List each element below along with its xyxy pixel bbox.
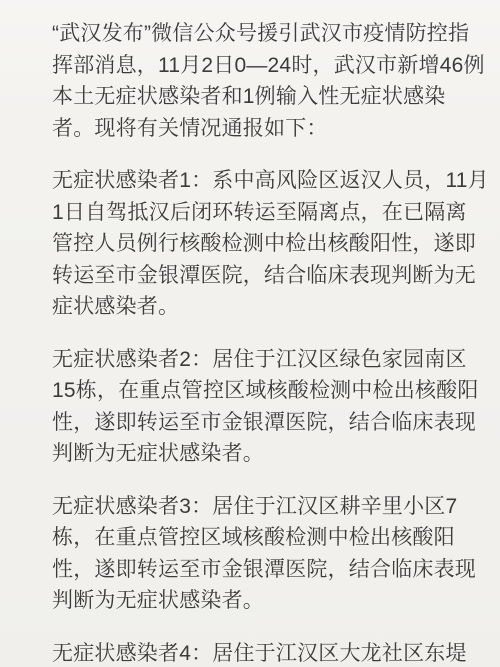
text-line: 者。现将有关情况通报如下： <box>52 113 464 145</box>
paragraph-case-4: 无症状感染者4：居住于江汉区大龙社区东堤 <box>52 638 464 667</box>
text-line: 无症状感染者1：系中高风险区返汉人员，11月 <box>52 165 464 197</box>
text-line: 性，遂即转运至市金银潭医院，结合临床表现 <box>52 554 464 586</box>
text-line: 栋，在重点管控区域核酸检测中检出核酸阳 <box>52 522 464 554</box>
text-line: 转运至市金银潭医院，结合临床表现判断为无 <box>52 260 464 292</box>
paragraph-intro: “武汉发布”微信公众号援引武汉市疫情防控指 挥部消息，11月2日0—24时，武汉… <box>52 18 464 144</box>
text-line: 性，遂即转运至市金银潭医院，结合临床表现 <box>52 407 464 439</box>
article-body: “武汉发布”微信公众号援引武汉市疫情防控指 挥部消息，11月2日0—24时，武汉… <box>0 0 500 667</box>
text-line: 无症状感染者2：居住于江汉区绿色家园南区 <box>52 344 464 376</box>
text-line: 挥部消息，11月2日0—24时，武汉市新增46例 <box>52 50 464 82</box>
paragraph-case-3: 无症状感染者3：居住于江汉区耕辛里小区7 栋，在重点管控区域核酸检测中检出核酸阳… <box>52 491 464 617</box>
text-line: 症状感染者。 <box>52 291 464 323</box>
paragraph-case-2: 无症状感染者2：居住于江汉区绿色家园南区 15栋，在重点管控区域核酸检测中检出核… <box>52 344 464 470</box>
text-line: 判断为无症状感染者。 <box>52 438 464 470</box>
text-line: 本土无症状感染者和1例输入性无症状感染 <box>52 81 464 113</box>
text-line: 判断为无症状感染者。 <box>52 585 464 617</box>
paragraph-case-1: 无症状感染者1：系中高风险区返汉人员，11月 1日自驾抵汉后闭环转运至隔离点，在… <box>52 165 464 323</box>
text-line: 1日自驾抵汉后闭环转运至隔离点，在已隔离 <box>52 197 464 229</box>
text-line: 无症状感染者3：居住于江汉区耕辛里小区7 <box>52 491 464 523</box>
text-line: 15栋，在重点管控区域核酸检测中检出核酸阳 <box>52 375 464 407</box>
text-line: 管控人员例行核酸检测中检出核酸阳性，遂即 <box>52 228 464 260</box>
text-line: “武汉发布”微信公众号援引武汉市疫情防控指 <box>52 18 464 50</box>
text-line: 无症状感染者4：居住于江汉区大龙社区东堤 <box>52 638 464 667</box>
